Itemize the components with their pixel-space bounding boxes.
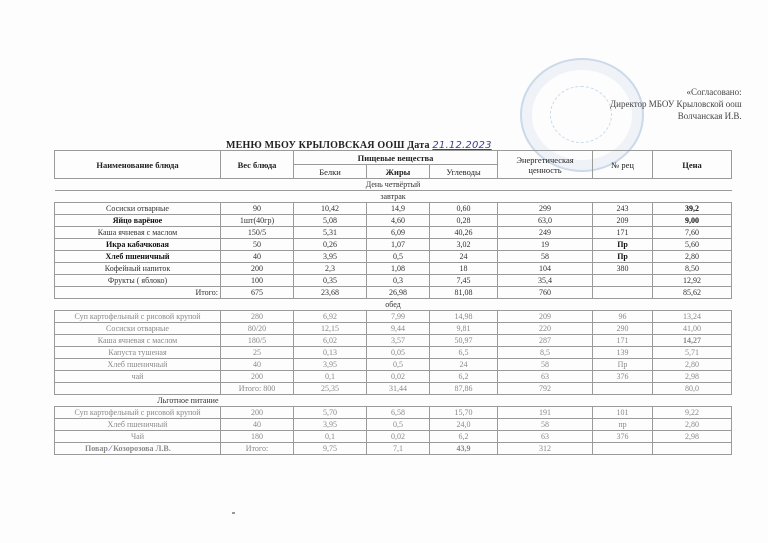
- cell-carbs: 3,02: [430, 239, 498, 251]
- cell-protein: 2,3: [294, 263, 367, 275]
- cell-weight: 25: [221, 347, 294, 359]
- cell-price: 2,80: [653, 359, 732, 371]
- cell-carbs: 6,2: [430, 371, 498, 383]
- empty-cell: [430, 395, 498, 407]
- cell-recipe: 376: [593, 431, 653, 443]
- approval-line: «Согласовано:: [610, 86, 742, 98]
- cell-name: Суп картофельный с рисовой крупой: [55, 311, 221, 323]
- total-carbs: 87,86: [430, 383, 498, 395]
- cell-energy: 8,5: [498, 347, 593, 359]
- cell-weight: 180/5: [221, 335, 294, 347]
- cell-weight: 200: [221, 371, 294, 383]
- cell-price: 8,50: [653, 263, 732, 275]
- cell-name: Фрукты ( яблоко): [55, 275, 221, 287]
- empty-cell: [294, 395, 367, 407]
- header-recipe: № рец: [593, 151, 653, 179]
- cell-recipe: Пр: [593, 251, 653, 263]
- total-fat: 7,1: [367, 443, 430, 455]
- cell-fat: 4,60: [367, 215, 430, 227]
- cell-price: 2,80: [653, 419, 732, 431]
- header-name: Наименование блюда: [55, 151, 221, 179]
- cell-name: Чай: [55, 431, 221, 443]
- cell-fat: 6,09: [367, 227, 430, 239]
- cell-price: 14,27: [653, 335, 732, 347]
- total-energy: 792: [498, 383, 593, 395]
- cell-energy: 58: [498, 251, 593, 263]
- cell-fat: 0,5: [367, 419, 430, 431]
- cell-weight: 280: [221, 311, 294, 323]
- empty-cell: [653, 395, 732, 407]
- cell-recipe: 380: [593, 263, 653, 275]
- cell-protein: 3,95: [294, 251, 367, 263]
- total-protein: 9,75: [294, 443, 367, 455]
- cell-fat: 6,58: [367, 407, 430, 419]
- cell-carbs: 0,60: [430, 203, 498, 215]
- cell-protein: 0,1: [294, 431, 367, 443]
- cell-energy: 58: [498, 359, 593, 371]
- cell-price: 7,60: [653, 227, 732, 239]
- cell-protein: 6,02: [294, 335, 367, 347]
- cell-name: Яйцо варёное: [55, 215, 221, 227]
- cell-protein: 6,92: [294, 311, 367, 323]
- cell-fat: 0,5: [367, 359, 430, 371]
- scan-mark: [232, 512, 235, 514]
- cell-name: чай: [55, 371, 221, 383]
- table-row: Суп картофельный с рисовой крупой2005,70…: [55, 407, 732, 419]
- cell-price: 9,22: [653, 407, 732, 419]
- cell-recipe: 243: [593, 203, 653, 215]
- cell-name: Суп картофельный с рисовой крупой: [55, 407, 221, 419]
- cell-recipe: 376: [593, 371, 653, 383]
- menu-body: День четвёртый завтракСосиски отварные90…: [55, 179, 732, 455]
- approval-line: Директор МБОУ Крыловской оош: [610, 98, 742, 110]
- cell-name: Сосиски отварные: [55, 203, 221, 215]
- day-label: День четвёртый: [55, 179, 732, 191]
- total-energy: 760: [498, 287, 593, 299]
- table-row: Хлеб пшеничный403,950,524,058пр2,80: [55, 419, 732, 431]
- table-row: Каша ячневая с маслом150/55,316,0940,262…: [55, 227, 732, 239]
- cell-fat: 0,5: [367, 251, 430, 263]
- total-protein: 25,35: [294, 383, 367, 395]
- header-energy: Энергетическая ценность: [498, 151, 593, 179]
- header-nutrients: Пищевые вещества: [294, 151, 498, 165]
- cell-name: Хлеб пшеничный: [55, 419, 221, 431]
- cell-protein: 3,95: [294, 359, 367, 371]
- total-row: Итого:67523,6826,9881,0876085,62: [55, 287, 732, 299]
- header-protein: Белки: [294, 165, 367, 179]
- cell-protein: 12,15: [294, 323, 367, 335]
- cell-energy: 299: [498, 203, 593, 215]
- cell-recipe: 139: [593, 347, 653, 359]
- cell-energy: 220: [498, 323, 593, 335]
- cell-fat: 0,02: [367, 431, 430, 443]
- cell-fat: 14,9: [367, 203, 430, 215]
- cell-energy: 63,0: [498, 215, 593, 227]
- table-row: Сосиски отварные80/2012,159,449,81220290…: [55, 323, 732, 335]
- cell-price: 9,00: [653, 215, 732, 227]
- cell-fat: 1,07: [367, 239, 430, 251]
- cell-price: 2,80: [653, 251, 732, 263]
- cell-name: Хлеб пшеничный: [55, 359, 221, 371]
- cell-carbs: 9,81: [430, 323, 498, 335]
- cell-weight: 180: [221, 431, 294, 443]
- cell-protein: 0,35: [294, 275, 367, 287]
- cell-weight: 50: [221, 239, 294, 251]
- cell-energy: 209: [498, 311, 593, 323]
- table-row: Каша ячневая с маслом180/56,023,5750,972…: [55, 335, 732, 347]
- cell-energy: 287: [498, 335, 593, 347]
- cook-name: Козорозова Л.В.: [113, 444, 171, 453]
- cell-recipe: 171: [593, 335, 653, 347]
- cell-energy: 19: [498, 239, 593, 251]
- cell-protein: 0,26: [294, 239, 367, 251]
- total-recipe: [593, 287, 653, 299]
- cell-protein: 5,08: [294, 215, 367, 227]
- total-recipe: [593, 383, 653, 395]
- header-weight: Вес блюда: [221, 151, 294, 179]
- total-carbs: 43,9: [430, 443, 498, 455]
- header-fat: Жиры: [367, 165, 430, 179]
- cell-protein: 0,1: [294, 371, 367, 383]
- approval-line: Волчанская И.В.: [610, 110, 742, 122]
- empty-cell: [367, 395, 430, 407]
- total-price: [653, 443, 732, 455]
- cell-energy: 104: [498, 263, 593, 275]
- total-price: 85,62: [653, 287, 732, 299]
- table-row: Сосиски отварные9010,4214,90,6029924339,…: [55, 203, 732, 215]
- cell-weight: 80/20: [221, 323, 294, 335]
- cell-carbs: 50,97: [430, 335, 498, 347]
- cell-fat: 3,57: [367, 335, 430, 347]
- header-price: Цена: [653, 151, 732, 179]
- cell-recipe: 96: [593, 311, 653, 323]
- section-label: Льготное питание: [55, 395, 221, 407]
- total-energy: 312: [498, 443, 593, 455]
- cell-energy: 35,4: [498, 275, 593, 287]
- empty-cell: [221, 395, 294, 407]
- cell-weight: 40: [221, 359, 294, 371]
- cell-price: 2,98: [653, 371, 732, 383]
- total-label: Итого:: [221, 443, 294, 455]
- cell-carbs: 24,0: [430, 419, 498, 431]
- cell-name: Каша ячневая с маслом: [55, 227, 221, 239]
- cell-carbs: 6,5: [430, 347, 498, 359]
- total-label: Итого: 800: [221, 383, 294, 395]
- total-row: Повар ⁄ Козорозова Л.В.Итого:9,757,143,9…: [55, 443, 732, 455]
- cell-carbs: 14,98: [430, 311, 498, 323]
- table-row: Икра кабачковая500,261,073,0219Пр5,60: [55, 239, 732, 251]
- cell-carbs: 24: [430, 251, 498, 263]
- cell-carbs: 0,28: [430, 215, 498, 227]
- cell-protein: 0,13: [294, 347, 367, 359]
- cell-recipe: Пр: [593, 359, 653, 371]
- cell-price: 5,60: [653, 239, 732, 251]
- cell-protein: 3,95: [294, 419, 367, 431]
- cell-weight: 40: [221, 419, 294, 431]
- cell-weight: 90: [221, 203, 294, 215]
- cell-name: Хлеб пшеничный: [55, 251, 221, 263]
- total-carbs: 81,08: [430, 287, 498, 299]
- cell-recipe: 101: [593, 407, 653, 419]
- cell-name: Икра кабачковая: [55, 239, 221, 251]
- cell-energy: 249: [498, 227, 593, 239]
- cell-carbs: 6,2: [430, 431, 498, 443]
- total-label: Итого:: [55, 287, 221, 299]
- cell-carbs: 15,70: [430, 407, 498, 419]
- cell-weight: 1шт(40гр): [221, 215, 294, 227]
- cell-energy: 58: [498, 419, 593, 431]
- empty-cell: [498, 395, 593, 407]
- approval-block: «Согласовано: Директор МБОУ Крыловской о…: [610, 86, 742, 122]
- cell-energy: 63: [498, 431, 593, 443]
- cell-carbs: 7,45: [430, 275, 498, 287]
- cell-recipe: Пр: [593, 239, 653, 251]
- total-protein: 23,68: [294, 287, 367, 299]
- cell-recipe: 209: [593, 215, 653, 227]
- table-row: Кофейный напиток2002,31,08181043808,50: [55, 263, 732, 275]
- cell-carbs: 24: [430, 359, 498, 371]
- cell-fat: 9,44: [367, 323, 430, 335]
- table-row: Чай1800,10,026,2633762,98: [55, 431, 732, 443]
- cell-weight: 200: [221, 263, 294, 275]
- cell-name: Кофейный напиток: [55, 263, 221, 275]
- cell-price: 41,00: [653, 323, 732, 335]
- cell-weight: 40: [221, 251, 294, 263]
- cook-signature: Повар ⁄ Козорозова Л.В.: [55, 443, 221, 455]
- cell-protein: 10,42: [294, 203, 367, 215]
- total-fat: 31,44: [367, 383, 430, 395]
- cell-price: 12,92: [653, 275, 732, 287]
- table-row: Суп картофельный с рисовой крупой2806,92…: [55, 311, 732, 323]
- total-row: Итого: 80025,3531,4487,8679280,0: [55, 383, 732, 395]
- header-carbs: Углеводы: [430, 165, 498, 179]
- cell-protein: 5,70: [294, 407, 367, 419]
- total-recipe: [593, 443, 653, 455]
- cell-recipe: [593, 275, 653, 287]
- section-label: завтрак: [55, 191, 732, 203]
- cell-fat: 0,05: [367, 347, 430, 359]
- cell-price: 2,98: [653, 431, 732, 443]
- cell-protein: 5,31: [294, 227, 367, 239]
- cook-label: Повар: [85, 444, 108, 453]
- empty-cell: [55, 383, 221, 395]
- cell-price: 5,71: [653, 347, 732, 359]
- cell-weight: 150/5: [221, 227, 294, 239]
- cell-name: Сосиски отварные: [55, 323, 221, 335]
- cell-name: Капуста тушеная: [55, 347, 221, 359]
- cell-fat: 0,02: [367, 371, 430, 383]
- table-row: Яйцо варёное1шт(40гр)5,084,600,2863,0209…: [55, 215, 732, 227]
- cell-recipe: 290: [593, 323, 653, 335]
- cell-energy: 63: [498, 371, 593, 383]
- cell-weight: 100: [221, 275, 294, 287]
- cell-recipe: 171: [593, 227, 653, 239]
- cell-weight: 200: [221, 407, 294, 419]
- cell-price: 13,24: [653, 311, 732, 323]
- table-row: чай2000,10,026,2633762,98: [55, 371, 732, 383]
- cell-recipe: пр: [593, 419, 653, 431]
- cell-fat: 1,08: [367, 263, 430, 275]
- menu-table: Наименование блюда Вес блюда Пищевые вещ…: [54, 150, 732, 455]
- cell-carbs: 18: [430, 263, 498, 275]
- total-weight: 675: [221, 287, 294, 299]
- cell-carbs: 40,26: [430, 227, 498, 239]
- total-fat: 26,98: [367, 287, 430, 299]
- table-row: Хлеб пшеничный403,950,52458Пр2,80: [55, 251, 732, 263]
- cell-fat: 7,99: [367, 311, 430, 323]
- cell-energy: 191: [498, 407, 593, 419]
- table-row: Капуста тушеная250,130,056,58,51395,71: [55, 347, 732, 359]
- cell-fat: 0,3: [367, 275, 430, 287]
- table-row: Фрукты ( яблоко)1000,350,37,4535,412,92: [55, 275, 732, 287]
- section-label: обед: [55, 299, 732, 311]
- cell-price: 39,2: [653, 203, 732, 215]
- empty-cell: [593, 395, 653, 407]
- total-price: 80,0: [653, 383, 732, 395]
- cell-name: Каша ячневая с маслом: [55, 335, 221, 347]
- table-row: Хлеб пшеничный403,950,52458Пр2,80: [55, 359, 732, 371]
